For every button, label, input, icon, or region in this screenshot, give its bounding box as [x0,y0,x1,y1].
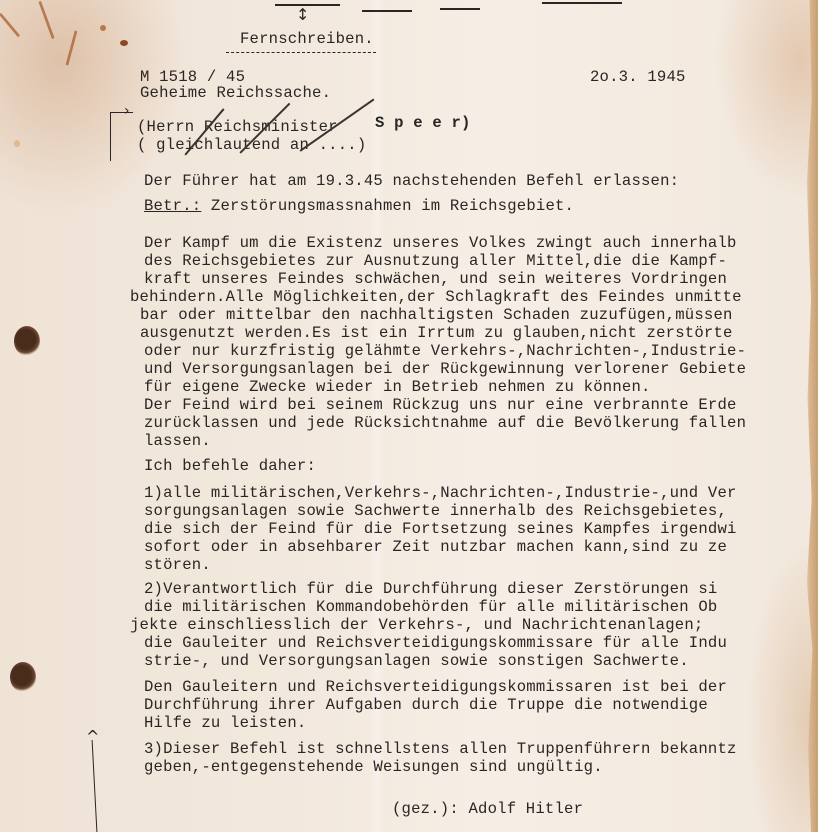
addressee-line-1: (Herrn Reichsminister [137,118,338,136]
body-line: Der Kampf um die Existenz unseres Volkes… [144,234,737,252]
order-intro: Ich befehle daher: [144,457,316,475]
body-line: zurücklassen und jede Rücksichtnahme auf… [144,414,746,432]
subject-line: Betr.: Zerstörungsmassnahmen im Reichsge… [144,197,574,215]
arrow-right-icon: › [124,102,130,120]
body-line: Den Gauleitern und Reichsverteidigungsko… [144,678,727,696]
subject-text: Zerstörungsmassnahmen im Reichsgebiet. [201,197,574,215]
body-line: Hilfe zu leisten. [144,714,306,732]
rust-spot [100,25,106,31]
handwritten-line [362,10,412,12]
body-line: 1)alle militärischen,Verkehrs-,Nachricht… [144,484,737,502]
body-line: die Gauleiter und Reichsverteidigungskom… [144,634,727,652]
insertion-mark-icon: ↕ [296,6,310,24]
body-line: kraft unseres Feindes schwächen, und sei… [144,270,727,288]
body-line: behindern.Alle Möglichkeiten,der Schlagk… [130,288,742,306]
body-line: Durchführung ihrer Aufgaben durch die Tr… [144,696,708,714]
body-line: die sich der Feind für die Fortsetzung s… [144,520,737,538]
body-line: des Reichsgebietes zur Ausnutzung aller … [144,252,727,270]
punch-hole [10,662,36,692]
body-line: jekte einschliesslich der Verkehrs-, und… [130,616,703,634]
body-line: geben,-entgegenstehende Weisungen sind u… [144,758,603,776]
arrow-up-icon: ^ [86,728,100,746]
document-date: 2o.3. 1945 [590,68,686,86]
rust-spot [120,40,128,46]
body-line: 2)Verantwortlich für die Durchführung di… [144,580,717,598]
body-line: und Versorgungsanlagen bei der Rückgewin… [144,360,746,378]
body-line: ausgenutzt werden.Es ist ein Irrtum zu g… [140,324,733,342]
body-line: bar oder mittelbar den nachhaltigsten Sc… [140,306,733,324]
signature: (gez.): Adolf Hitler [392,800,583,818]
addressee-name: S p e e r) [375,114,471,132]
handwritten-line [440,8,480,10]
punch-hole [14,326,40,356]
body-line: sofort oder in absehbarer Zeit nutzbar m… [144,538,727,556]
body-line: strie-, und Versorgungsanlagen sowie son… [144,652,689,670]
classification: Geheime Reichssache. [140,84,331,102]
body-line: lassen. [144,432,211,450]
body-line: für eigene Zwecke wieder in Betrieb nehm… [144,378,651,396]
body-line: stören. [144,556,211,574]
intro-line: Der Führer hat am 19.3.45 nachstehenden … [144,172,679,190]
body-line: 3)Dieser Befehl ist schnellstens allen T… [144,740,737,758]
handwritten-line [542,2,622,4]
subject-label: Betr.: [144,197,201,215]
body-line: oder nur kurzfristig gelähmte Verkehrs-,… [144,342,746,360]
document-heading: Fernschreiben. [240,30,374,48]
body-line: Der Feind wird bei seinem Rückzug uns nu… [144,396,737,414]
body-line: die militärischen Kommandobehörden für a… [144,598,717,616]
body-line: sorgungsanlagen sowie Sachwerte innerhal… [144,502,727,520]
handwritten-underline [226,52,376,53]
rust-spot [14,140,20,147]
